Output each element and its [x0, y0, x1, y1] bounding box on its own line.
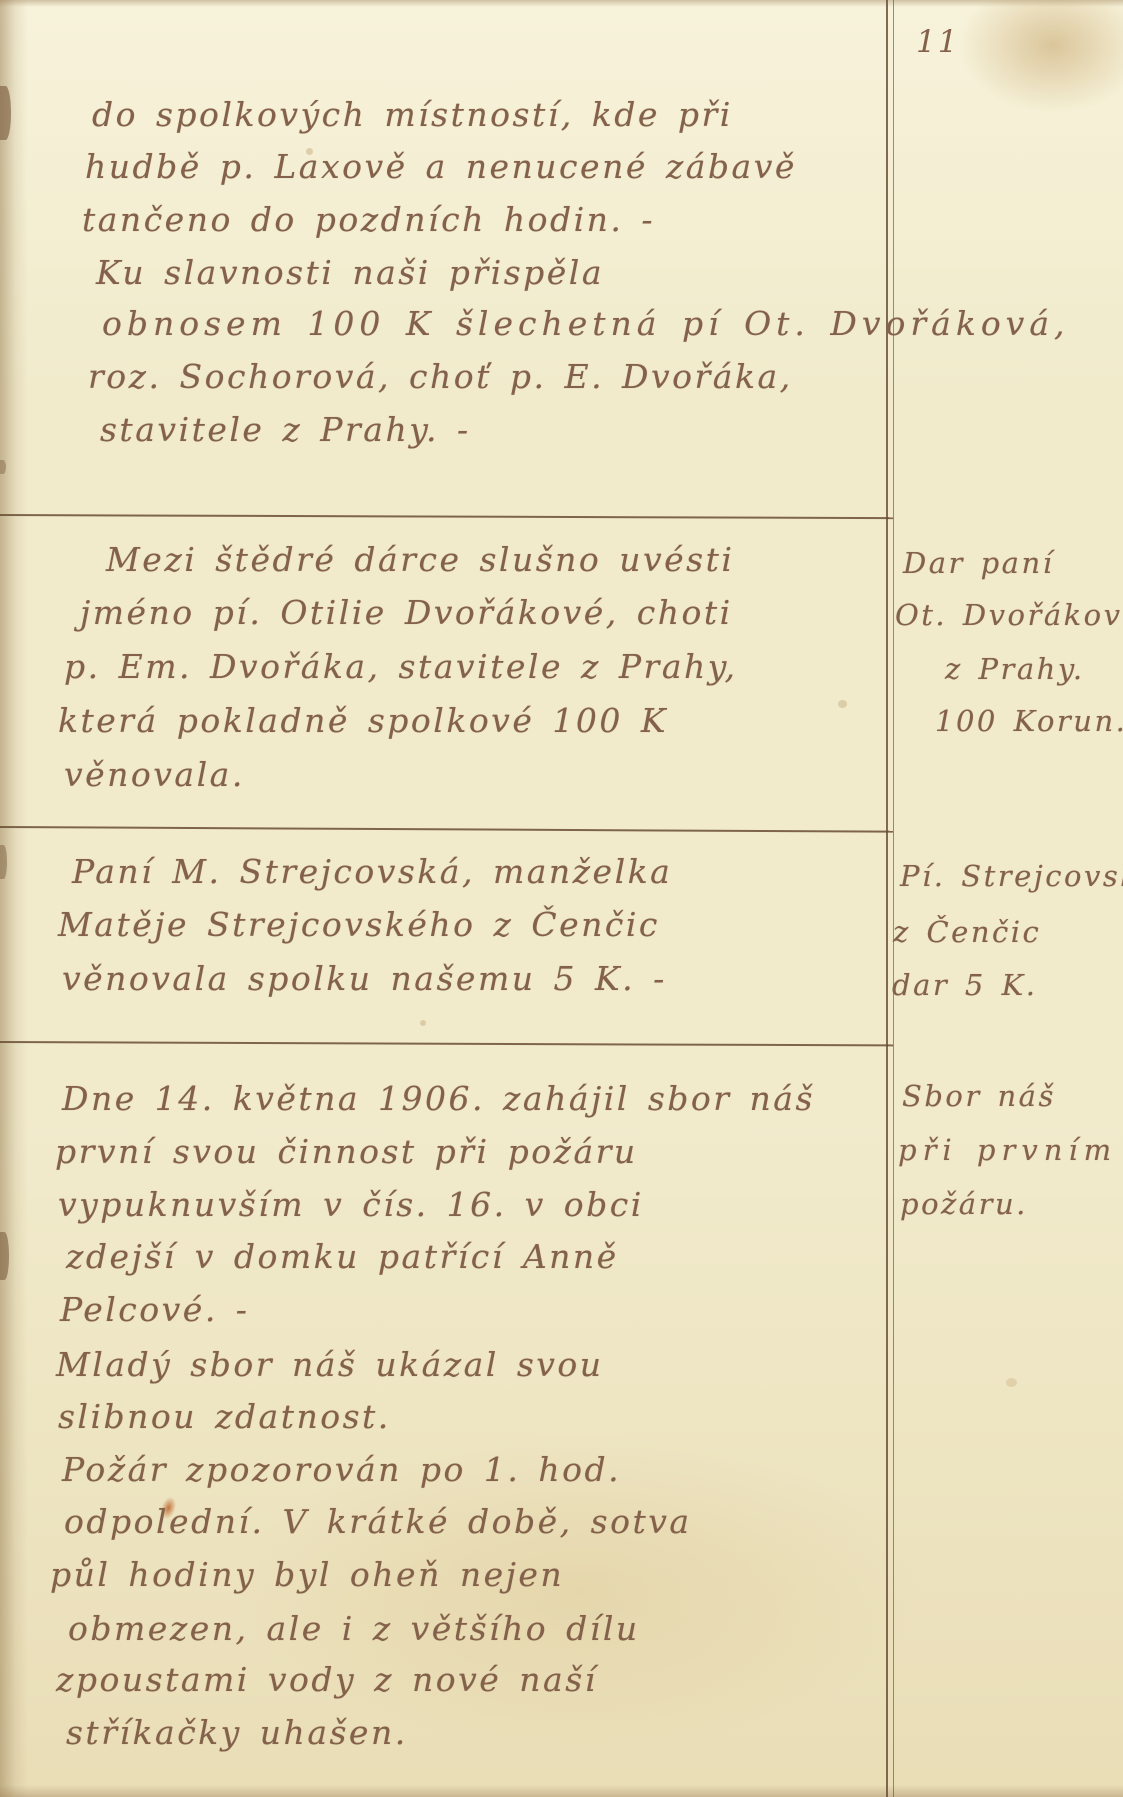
handwritten-line: Ku slavnosti naši přispěla: [96, 256, 604, 289]
torn-edge-mark: [0, 845, 7, 879]
handwritten-line: roz. Sochorová, choť p. E. Dvořáka,: [88, 360, 793, 393]
margin-note-line: 100 Korun.: [935, 707, 1123, 736]
paper-stain: [1006, 1378, 1017, 1387]
margin-note-line: Ot. Dvořákové: [895, 601, 1123, 630]
margin-note-line: požáru.: [900, 1190, 1028, 1219]
paper-stain: [923, 0, 1123, 140]
handwritten-line: Požár zpozorován po 1. hod.: [62, 1453, 621, 1486]
handwritten-line: stříkačky uhašen.: [66, 1716, 408, 1749]
margin-divider-line: [886, 0, 894, 1797]
section-separator-line: [0, 826, 893, 833]
chronicle-page: 11 do spolkových místností, kde při hudb…: [0, 0, 1123, 1797]
margin-note-line: Dar paní: [903, 549, 1054, 578]
handwritten-line: která pokladně spolkové 100 K: [58, 704, 668, 737]
handwritten-line: zdejší v domku patřící Anně: [66, 1240, 619, 1273]
torn-edge-mark: [0, 460, 6, 474]
handwritten-line: tančeno do pozdních hodin. -: [82, 203, 655, 236]
handwritten-line: věnovala spolku našemu 5 K. -: [62, 962, 667, 995]
handwritten-line: první svou činnost při požáru: [55, 1135, 638, 1168]
section-separator-line: [0, 514, 893, 519]
margin-note-line: při prvním: [898, 1136, 1117, 1165]
torn-edge-mark: [0, 86, 11, 140]
handwritten-line: slibnou zdatnost.: [58, 1400, 391, 1433]
margin-note-line: Sbor náš: [902, 1082, 1056, 1111]
handwritten-line: zpoustami vody z nové naší: [56, 1663, 598, 1696]
margin-note-line: Pí. Strejcovská: [900, 862, 1123, 891]
paper-stain: [838, 700, 847, 708]
page-number: 11: [916, 24, 959, 60]
page-edge-shading: [0, 1785, 1123, 1797]
handwritten-line: Matěje Strejcovského z Čenčic: [58, 908, 660, 941]
handwritten-line: věnovala.: [64, 758, 245, 791]
handwritten-line: hudbě p. Laxově a nenucené zábavě: [85, 150, 797, 183]
margin-note-line: z Prahy.: [945, 655, 1085, 684]
handwritten-line: jméno pí. Otilie Dvořákové, choti: [80, 596, 733, 629]
handwritten-line: vypuknuvším v čís. 16. v obci: [58, 1188, 644, 1221]
handwritten-line: Mladý sbor náš ukázal svou: [56, 1348, 604, 1381]
section-separator-line: [0, 1041, 893, 1046]
page-edge-shading: [0, 0, 1123, 7]
handwritten-line: do spolkových místností, kde při: [92, 98, 733, 131]
handwritten-line: obmezen, ale i z většího dílu: [68, 1612, 640, 1645]
handwritten-line: odpolední. V krátké době, sotva: [64, 1505, 692, 1538]
handwritten-line: půl hodiny byl oheň nejen: [50, 1558, 564, 1591]
handwritten-line: Mezi štědré dárce slušno uvésti: [106, 543, 734, 576]
handwritten-line: Paní M. Strejcovská, manželka: [72, 855, 672, 888]
margin-note-line: z Čenčic: [893, 918, 1041, 947]
paper-stain: [420, 1020, 426, 1026]
torn-edge-mark: [0, 1232, 9, 1280]
handwritten-line: Pelcové. -: [60, 1293, 249, 1326]
handwritten-line: obnosem 100 K šlechetná pí Ot. Dvořáková…: [102, 307, 1070, 340]
page-edge-shading: [0, 0, 28, 1797]
margin-note-line: dar 5 K.: [892, 971, 1038, 1000]
handwritten-line: stavitele z Prahy. -: [100, 413, 471, 446]
handwritten-line: Dne 14. května 1906. zahájil sbor náš: [62, 1082, 815, 1115]
handwritten-line: p. Em. Dvořáka, stavitele z Prahy,: [64, 650, 738, 683]
